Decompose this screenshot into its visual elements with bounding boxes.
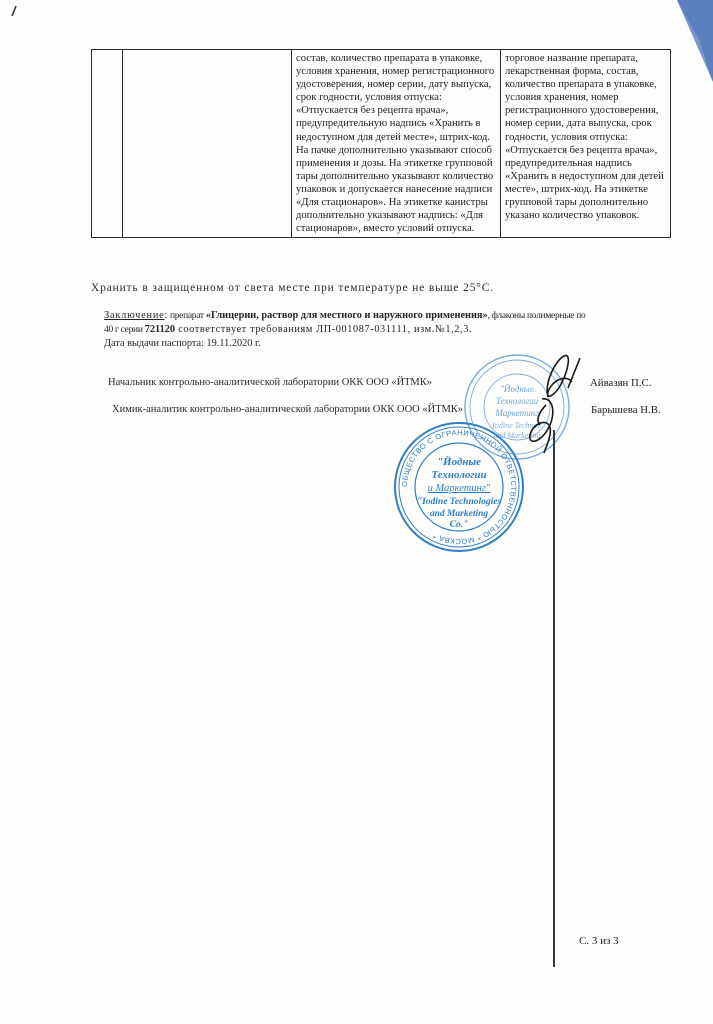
stamp-text: "Йодные bbox=[437, 456, 481, 468]
table-cell-result: торговое название препарата, лекарственн… bbox=[501, 50, 671, 238]
signatory-title-head: Начальник контрольно-аналитической лабор… bbox=[108, 377, 432, 388]
stamp-text: "Iodine Technologies bbox=[417, 497, 502, 507]
series-number: 721120 bbox=[145, 324, 175, 335]
table-cell-requirement: состав, количество препарата в упаковке,… bbox=[292, 50, 501, 238]
stamp-text: and Marketing bbox=[430, 509, 489, 519]
margin-vertical-line bbox=[553, 430, 555, 967]
conclusion-text: 40 г серии bbox=[104, 325, 145, 335]
signatory-name-chemist: Барышева Н.В. bbox=[591, 404, 661, 416]
conclusion-text: соответствует требованиям ЛП-001087-0311… bbox=[175, 324, 472, 335]
scan-artifact-mark bbox=[10, 5, 18, 17]
issue-date: Дата выдачи паспорта: 19.11.2020 г. bbox=[104, 338, 261, 349]
table-cell-indicator bbox=[123, 50, 292, 238]
signature-chemist bbox=[510, 395, 570, 455]
stamp-text: Co." bbox=[450, 520, 469, 530]
company-stamp: ОБЩЕСТВО С ОГРАНИЧЕННОЙ ОТВЕТСТВЕННОСТЬЮ… bbox=[392, 420, 526, 554]
signatory-name-head: Айвазян П.С. bbox=[590, 377, 651, 389]
page-corner-fold bbox=[677, 0, 713, 82]
conclusion-block: Заключение: препарат «Глицерин, раствор … bbox=[104, 309, 684, 350]
signatory-title-chemist: Химик-аналитик контрольно-аналитической … bbox=[112, 404, 463, 415]
table-cell-index bbox=[92, 50, 123, 238]
product-name: «Глицерин, раствор для местного и наружн… bbox=[206, 310, 488, 321]
page-number: С. 3 из 3 bbox=[579, 935, 619, 947]
conclusion-text: , флаконы полимерные по bbox=[488, 311, 586, 321]
stamp-text: Технологии bbox=[431, 469, 486, 481]
table-row: состав, количество препарата в упаковке,… bbox=[92, 50, 671, 238]
svg-text:"Йодные: "Йодные bbox=[500, 384, 534, 394]
conclusion-text: препарат bbox=[170, 311, 206, 321]
labeling-spec-table: состав, количество препарата в упаковке,… bbox=[91, 49, 671, 238]
stamp-text: и Маркетинг" bbox=[428, 483, 491, 494]
storage-note: Хранить в защищенном от света месте при … bbox=[91, 282, 494, 294]
conclusion-label: Заключение bbox=[104, 310, 165, 321]
